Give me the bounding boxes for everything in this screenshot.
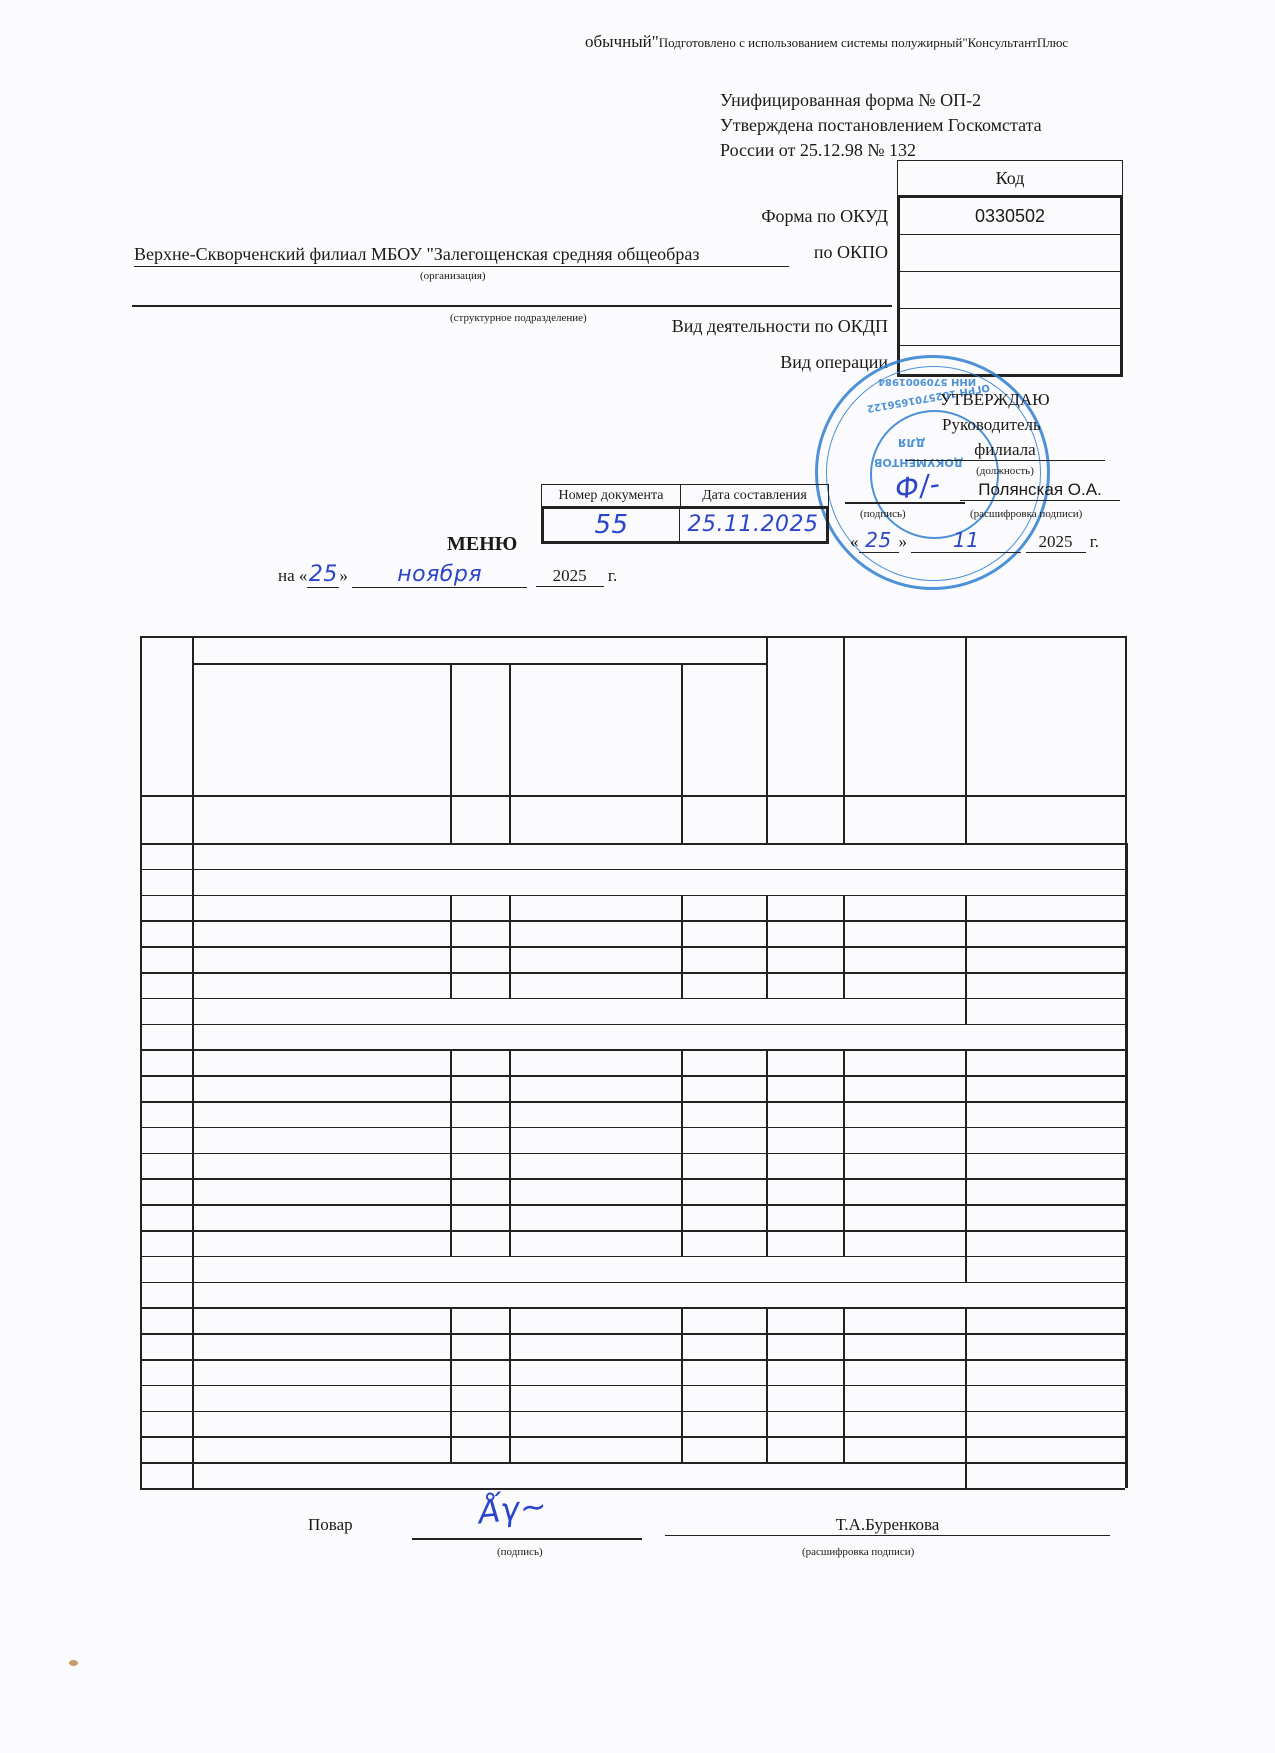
table-rule [140,1230,1125,1232]
doc-date-field[interactable]: 25.11.2025 [680,509,826,541]
dish-sum [965,1411,1125,1437]
table-rule [681,663,683,843]
dish-recipe-number [509,1127,681,1153]
approval-title: УТВЕРЖДАЮ [940,390,1050,410]
table-rule [140,869,1125,871]
dish-calories [843,895,965,921]
dish-recipe-number [509,1049,681,1075]
dish-yield [681,1075,766,1101]
dish-calories [843,1411,965,1437]
dish-name [192,1127,450,1153]
table-rule [681,1307,683,1462]
table-rule [843,895,845,998]
table-rule [140,1075,1125,1077]
dish-yield [681,1411,766,1437]
header-yield [681,663,766,795]
column-number [192,795,450,843]
section-title [192,1024,1125,1050]
dish-sum [965,1075,1125,1101]
header-calories [843,636,965,795]
cook-name: Т.А.Буренкова [665,1515,1110,1536]
dish-calories [843,1153,965,1179]
dish-calories [843,946,965,972]
dish-calories [843,1307,965,1333]
table-rule [140,1462,1125,1464]
table-rule [192,843,194,1488]
table-rule [140,1307,1125,1309]
paper-spot [69,1660,78,1666]
menu-date-mid: » [339,566,348,585]
code-header: Код [897,160,1123,195]
total-label [192,1256,392,1282]
dish-yield [681,1359,766,1385]
dish-calories [843,1204,965,1230]
okud-label: Форма по ОКУД [600,206,888,227]
section-quantity [766,1049,843,1255]
table-rule [140,1024,1125,1026]
dish-yield [681,1333,766,1359]
document-title: МЕНЮ [447,533,517,556]
dish-sum [965,946,1125,972]
organization-name: Верхне-Скворченский филиал МБОУ "Залегощ… [134,244,789,267]
approval-name-caption: (расшифровка подписи) [970,508,1082,520]
dish-code [450,1049,509,1075]
approval-signature-caption: (подпись) [860,508,906,520]
dish-code [450,1204,509,1230]
dish-code [450,1333,509,1359]
dish-recipe-number [509,1075,681,1101]
subdivision-line [132,305,892,307]
dish-calories [843,1101,965,1127]
table-rule [509,1307,511,1462]
table-rule [450,663,452,843]
dish-sum [965,1307,1125,1333]
total-value [965,1256,1125,1282]
table-rule [681,1049,683,1255]
table-rule [766,1307,768,1462]
dish-name [192,895,450,921]
dish-name [192,1204,450,1230]
dish-sum [965,1101,1125,1127]
dish-sum [965,1204,1125,1230]
table-rule [140,946,1125,948]
form-line-1: Унифицированная форма № ОП-2 [720,88,1042,113]
table-rule [140,1333,1125,1335]
column-number [140,795,192,843]
approval-year-suffix: г. [1090,532,1099,551]
dish-code [450,946,509,972]
menu-date: на «25» ноября 2025 г. [278,562,617,588]
table-rule [140,1204,1125,1206]
cook-signature: Ǻγ~ [476,1486,549,1531]
doc-number-field[interactable]: 55 [544,509,680,541]
cook-name-caption: (расшифровка подписи) [802,1546,914,1558]
table-rule [140,1462,1125,1464]
dish-yield [681,1178,766,1204]
dish-calories [843,1359,965,1385]
dish-code [450,1153,509,1179]
dish-name [192,1385,450,1411]
form-identification: Унифицированная форма № ОП-2 Утверждена … [720,88,1042,163]
dish-name [192,1333,450,1359]
table-rule [965,998,967,1024]
table-rule [140,843,142,1488]
table-rule [965,1462,967,1488]
dish-name [192,1411,450,1437]
subdivision-caption: (структурное подразделение) [450,312,587,324]
dish-name [192,946,450,972]
code-box: Код 0330502 [897,160,1123,377]
dish-calories [843,1049,965,1075]
approval-name: Полянская О.А. [960,480,1120,501]
table-rule [140,1488,1125,1490]
section-title [192,1282,1125,1308]
header-name [192,663,450,795]
dish-code [450,1178,509,1204]
consultant-note-text: Подготовлено с использованием системы по… [659,35,1069,50]
table-rule [140,795,1125,797]
approval-signature: Ф/- [893,467,942,506]
document-info-box: Номер документа Дата составления 55 25.1… [541,484,829,544]
dish-code [450,1101,509,1127]
column-number [509,795,681,843]
okdp-code-field[interactable] [900,309,1120,346]
dish-sum [965,1049,1125,1075]
operation-label: Вид операции [660,352,888,373]
dish-yield [681,1385,766,1411]
dish-recipe-number [509,1307,681,1333]
total-value [965,998,1125,1024]
okud-code-field[interactable]: 0330502 [900,198,1120,235]
dish-code [450,1385,509,1411]
dish-name [192,1436,450,1462]
dish-code [450,1436,509,1462]
table-rule [965,895,967,998]
dish-calories [843,1075,965,1101]
table-rule [140,972,1125,974]
organization-caption: (организация) [420,270,486,282]
dish-yield [681,1049,766,1075]
table-rule [450,1049,452,1255]
menu-date-month[interactable]: ноября [352,562,527,588]
dish-name [192,1101,450,1127]
dish-yield [681,1101,766,1127]
approval-position-2: филиала [905,440,1105,461]
dish-recipe-number [509,895,681,921]
dish-yield [681,1307,766,1333]
okpo-code-field[interactable] [900,235,1120,272]
dish-name [192,1153,450,1179]
dish-sum [965,1385,1125,1411]
dish-recipe-number [509,1153,681,1179]
table-rule [140,920,1125,922]
dish-calories [843,920,965,946]
table-rule [843,1307,845,1462]
cook-signature-caption: (подпись) [497,1546,543,1558]
dish-recipe-number [509,1204,681,1230]
table-rule [766,895,768,998]
consultant-note-prefix: обычный" [585,32,659,51]
table-rule [450,1307,452,1462]
table-rule [1125,636,1127,843]
table-rule [140,1436,1125,1438]
dish-recipe-number [509,920,681,946]
approval-date-day[interactable]: 25 [859,528,899,553]
consultant-note: обычный"Подготовлено с использованием си… [585,32,1068,52]
dish-sum [965,1333,1125,1359]
dish-yield [681,1204,766,1230]
dish-recipe-number [509,1385,681,1411]
dish-code [450,920,509,946]
dish-recipe-number [509,1178,681,1204]
table-rule [140,998,1125,1000]
dish-calories [843,1178,965,1204]
header-dish-group [192,636,766,663]
section-title [192,843,1125,869]
dish-yield [681,1436,766,1462]
table-rule [140,1256,1125,1258]
okdp-label: Вид деятельности по ОКДП [560,316,888,337]
table-rule [140,843,449,845]
approval-date: «25» 11 2025 г. [850,528,1099,553]
approval-position-1: Руководитель [942,415,1041,435]
dish-code [450,1127,509,1153]
dish-yield [681,895,766,921]
table-rule [509,895,511,998]
table-rule [1125,843,1128,1488]
blank-code-field[interactable] [900,272,1120,309]
doc-number-header: Номер документа [542,485,681,506]
column-number [766,795,843,843]
dish-sum [965,1127,1125,1153]
header-num [140,640,192,791]
table-rule [681,895,683,998]
table-rule [843,636,845,843]
dish-yield [681,920,766,946]
table-rule [509,1049,511,1255]
table-rule [140,1359,1125,1361]
header-qty [766,636,843,795]
section-quantity [766,895,843,998]
table-rule [140,1385,1125,1387]
dish-yield [681,1127,766,1153]
dish-code [450,1075,509,1101]
header-recipe [509,663,681,795]
column-number [965,795,1125,843]
dish-calories [843,1127,965,1153]
column-number [843,795,965,843]
table-rule [509,663,511,843]
table-rule [140,843,1125,845]
column-number [450,795,509,843]
table-rule [140,1127,1125,1129]
dish-code [450,1411,509,1437]
table-rule [965,1049,967,1255]
cook-label: Повар [308,1515,353,1535]
dish-code [450,1307,509,1333]
column-number [681,795,766,843]
table-rule [192,636,194,843]
table-rule [140,1153,1125,1155]
table-rule [965,636,967,843]
table-rule [140,1282,1125,1284]
dish-calories [843,1385,965,1411]
dish-calories [843,1436,965,1462]
table-rule [140,636,1125,638]
dish-recipe-number [509,1101,681,1127]
doc-date-header: Дата составления [681,485,828,506]
dish-recipe-number [509,1411,681,1437]
table-rule [140,1101,1125,1103]
dish-name [192,1307,450,1333]
header-code [450,663,509,795]
section-quantity [766,1307,843,1462]
dish-code [450,895,509,921]
dish-sum [965,895,1125,921]
dish-name [192,1359,450,1385]
dish-recipe-number [509,1333,681,1359]
dish-name [192,1075,450,1101]
section-subtotal [965,1230,1125,1256]
menu-date-year: 2025 [536,566,604,587]
table-rule [965,1307,967,1462]
dish-calories [843,1333,965,1359]
total-label [192,998,392,1024]
dish-recipe-number [509,946,681,972]
dish-name [192,1178,450,1204]
table-rule [450,895,452,998]
dish-sum [965,1178,1125,1204]
table-rule [843,1049,845,1255]
table-rule [140,1411,1125,1413]
dish-sum [965,1436,1125,1462]
total-label [192,1462,392,1488]
table-rule [766,1049,768,1255]
dish-recipe-number [509,1436,681,1462]
cook-signature-line [412,1538,642,1540]
menu-date-suffix: г. [608,566,617,585]
table-rule [766,636,768,843]
table-rule [192,663,766,665]
menu-date-prefix: на « [278,566,307,585]
dish-sum [965,1359,1125,1385]
dish-name [192,1049,450,1075]
total-value [965,1462,1125,1488]
approval-date-year: 2025 [1026,532,1086,553]
menu-date-day[interactable]: 25 [307,562,339,588]
table-rule [140,1049,1125,1051]
dish-yield [681,1153,766,1179]
table-rule [140,1178,1125,1180]
table-rule [140,636,142,843]
header-sum [965,636,1125,795]
dish-recipe-number [509,1359,681,1385]
section-subtotal [965,972,1125,998]
dish-sum [965,920,1125,946]
dish-code [450,1359,509,1385]
dish-name [192,920,450,946]
dish-yield [681,946,766,972]
form-line-2: Утверждена постановлением Госкомстата [720,113,1042,138]
table-rule [965,1256,967,1282]
table-rule [140,895,1125,897]
dish-sum [965,1153,1125,1179]
approval-date-month[interactable]: 11 [911,528,1021,553]
